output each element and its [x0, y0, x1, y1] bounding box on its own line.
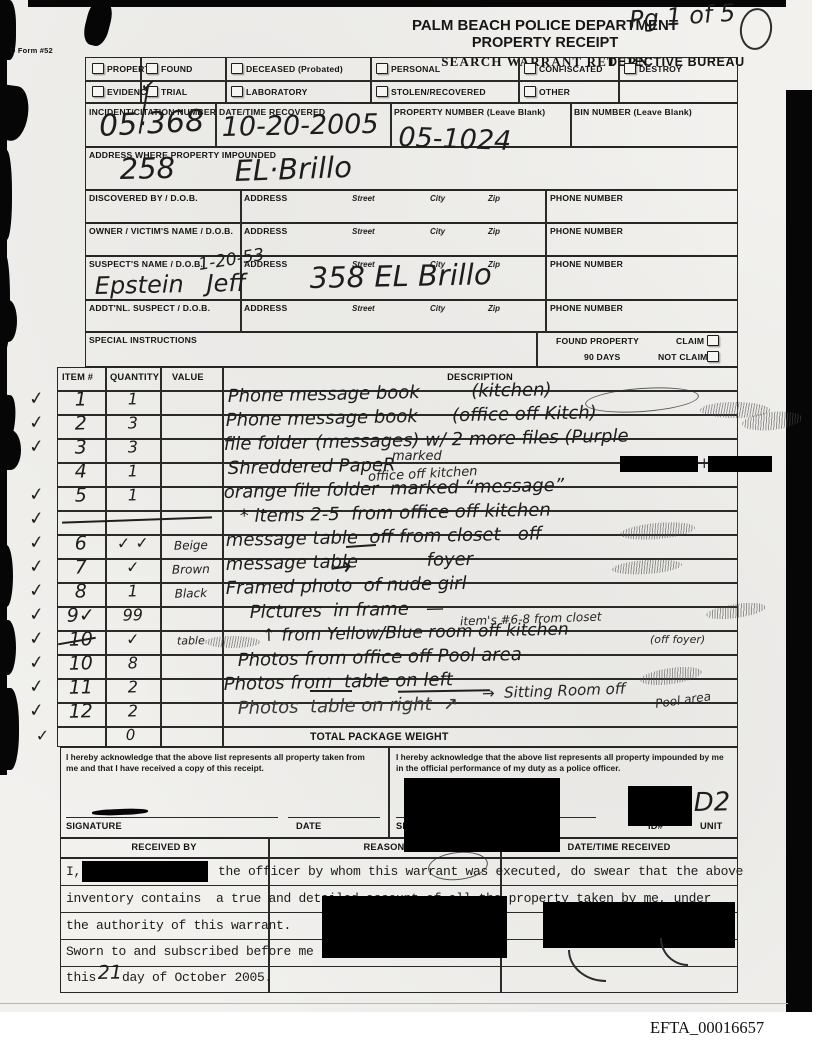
affidavit-line4: Sworn to and subscribed before me	[66, 944, 314, 959]
scan-bottom-edge	[0, 1003, 788, 1004]
table-line	[370, 57, 372, 103]
street-label: Street	[352, 194, 375, 203]
zip-label: Zip	[488, 304, 500, 313]
item-description: Pictures in frame —	[250, 600, 445, 622]
item-number: 2	[57, 414, 105, 434]
bin-number-label: BIN NUMBER (Leave Blank)	[574, 107, 692, 117]
affidavit-line5-prefix: this	[66, 970, 96, 985]
suspect-address-value: 358 EL Brillo	[309, 260, 492, 293]
row-checkmark: ✓	[28, 678, 45, 697]
checkbox-other[interactable]	[524, 86, 536, 97]
redaction-box	[620, 456, 698, 472]
form-number: D Form #52	[10, 46, 53, 55]
item-description: * items 2-5 from office off kitchen	[240, 501, 551, 526]
item-value-color: Beige	[160, 539, 222, 552]
item-description: message table foyer	[226, 551, 474, 574]
item-quantity: 1	[106, 487, 160, 504]
item-note-marked: marked	[392, 450, 442, 463]
additional-suspect-label: ADDT'NL. SUSPECT / D.O.B.	[89, 303, 210, 313]
redaction-box-signature	[404, 778, 560, 852]
item-number: 12	[57, 702, 105, 722]
redaction-box-large	[322, 896, 507, 958]
date-recovered-value: 10-20-2005	[221, 111, 378, 141]
row-checkmark: ✓	[28, 702, 45, 721]
checkbox-deceased[interactable]	[231, 63, 243, 74]
phone-label: PHONE NUMBER	[550, 193, 623, 203]
items-header-quantity: QUANTITY	[110, 372, 159, 382]
item-number: 6	[57, 534, 105, 554]
street-label: Street	[352, 227, 375, 236]
impound-address-number: 258	[119, 154, 175, 184]
item-number: 3	[57, 438, 105, 458]
item-description: Photos table on right ↗	[238, 695, 459, 718]
items-header-item: ITEM #	[62, 372, 93, 382]
item-quantity: 3	[106, 439, 160, 456]
checkbox-claim[interactable]	[707, 335, 719, 346]
owner-victim-label: OWNER / VICTIM'S NAME / D.O.B.	[89, 226, 233, 236]
item-description: Phone message book (office off Kitch)	[226, 404, 597, 430]
checkbox-personal[interactable]	[376, 63, 388, 74]
redaction-box-large	[543, 902, 735, 948]
document-title: PROPERTY RECEIPT	[320, 35, 770, 51]
checkbox-not-claim[interactable]	[707, 351, 719, 362]
zip-label: Zip	[488, 194, 500, 203]
items-header-value: VALUE	[172, 372, 204, 382]
row-checkmark: ✓	[28, 534, 45, 553]
row-checkmark: ✓	[28, 606, 45, 625]
signature-line[interactable]	[66, 817, 278, 818]
affidavit-day-handwritten: 21	[98, 963, 123, 983]
row-checkmark: ✓	[28, 582, 45, 601]
table-line	[60, 966, 738, 967]
checkbox-label-trial: TRIAL	[161, 87, 187, 97]
row-checkmark: ✓	[28, 414, 45, 433]
table-line	[618, 57, 620, 103]
pen-scribble	[205, 636, 260, 648]
item-description: Photos from office off Pool area	[238, 646, 522, 670]
ninety-days-label: 90 DAYS	[584, 352, 620, 362]
row-checkmark: ✓	[28, 438, 45, 457]
incident-number-value: 05·368	[98, 107, 204, 142]
row-checkmark: ✓	[28, 486, 45, 505]
property-number-value: 05-1024	[398, 124, 512, 155]
item-number: 1	[57, 390, 105, 410]
item-number: 5	[57, 486, 105, 506]
item-quantity: ✓	[106, 631, 160, 648]
checkbox-evidence[interactable]	[92, 86, 104, 97]
item-quantity: 2	[106, 703, 160, 720]
checkbox-label-laboratory: LABORATORY	[246, 87, 308, 97]
item-description: Phone message book (kitchen)	[228, 381, 552, 406]
redaction-box	[708, 456, 772, 472]
total-quantity: 0	[126, 728, 136, 743]
street-label: Street	[352, 304, 375, 313]
not-claim-label: NOT CLAIM	[658, 352, 708, 362]
address-label: ADDRESS	[244, 303, 287, 313]
item-number: 4	[57, 462, 105, 482]
item-number: 8	[57, 582, 105, 602]
item-quantity: 1	[106, 463, 160, 480]
phone-label: PHONE NUMBER	[550, 259, 623, 269]
checkbox-label-other: OTHER	[539, 87, 570, 97]
signature-label: SIGNATURE	[66, 821, 122, 831]
suspect-name-value: Epstein Jeff	[94, 271, 245, 298]
row-checkmark: ✓	[28, 654, 45, 673]
checkbox-label-stolen-recovered: STOLEN/RECOVERED	[391, 87, 486, 97]
suspect-label: SUSPECT'S NAME / D.O.B.	[89, 259, 203, 269]
torn-edge-blob	[0, 150, 12, 240]
item-note: (off foyer)	[650, 634, 705, 645]
checkbox-laboratory[interactable]	[231, 86, 243, 97]
item-description: message table off from closet off	[226, 525, 542, 550]
torn-edge-blob	[0, 300, 17, 342]
page-note-handwritten: Pg 1 of 5	[628, 1, 736, 32]
item-value-color: Brown	[160, 563, 222, 576]
redaction-box-name	[82, 861, 208, 882]
affidavit-line5-suffix: day of October 2005.	[122, 970, 272, 985]
date-line[interactable]	[288, 817, 380, 818]
table-line	[85, 80, 738, 82]
item-row-12: ✓ 12 2 Photos table on right ↗	[0, 702, 816, 726]
row-checkmark: ✓	[28, 630, 45, 649]
table-line	[570, 103, 572, 147]
row-checkmark: ✓	[28, 558, 45, 577]
claim-label: CLAIM	[676, 336, 704, 346]
item-value-color: Black	[160, 587, 222, 600]
unit-value: D2	[693, 789, 730, 816]
bates-number: EFTA_00016657	[650, 1018, 764, 1038]
table-line	[225, 57, 227, 103]
acknowledgment-right-text: I hereby acknowledge that the above list…	[396, 752, 726, 774]
affidavit-line3: the authority of this warrant.	[66, 918, 291, 933]
phone-label: PHONE NUMBER	[550, 226, 623, 236]
address-label: ADDRESS	[244, 226, 287, 236]
table-line	[518, 57, 520, 103]
table-line	[536, 332, 538, 367]
zip-label: Zip	[488, 227, 500, 236]
impound-address-street: EL·Brillo	[234, 153, 352, 186]
item-quantity: 1	[106, 391, 160, 408]
city-label: City	[430, 194, 445, 203]
checkbox-label-personal: PERSONAL	[391, 64, 440, 74]
discovered-by-label: DISCOVERED BY / D.O.B.	[89, 193, 198, 203]
total-package-weight-label: TOTAL PACKAGE WEIGHT	[310, 731, 449, 743]
acknowledgment-left-text: I hereby acknowledge that the above list…	[66, 752, 366, 774]
scanned-property-receipt-page: D Form #52 PALM BEACH POLICE DEPARTMENT …	[0, 0, 816, 1056]
checkbox-confiscated[interactable]	[524, 63, 536, 74]
found-property-label: FOUND PROPERTY	[556, 336, 639, 346]
item-number: 7	[57, 558, 105, 578]
city-label: City	[430, 227, 445, 236]
table-line	[390, 103, 392, 147]
table-line	[545, 190, 547, 332]
item-description: Framed photo of nude girl	[226, 575, 467, 598]
row-checkmark: ✓	[28, 390, 45, 409]
table-line	[388, 747, 390, 838]
phone-label: PHONE NUMBER	[550, 303, 623, 313]
checkbox-destroy[interactable]	[624, 63, 636, 74]
item-description: ↑ from Yellow/Blue room off kitchen	[262, 622, 569, 645]
table-line	[60, 885, 738, 886]
item-quantity: 99	[106, 607, 160, 624]
date-label: DATE	[296, 821, 321, 831]
affidavit-line1-prefix: I,	[66, 864, 81, 879]
item-quantity: 8	[106, 655, 160, 672]
redaction-box-id	[628, 786, 692, 826]
checkbox-label-destroy: DESTROY	[639, 64, 682, 74]
item-quantity: ✓	[106, 559, 160, 576]
checkbox-label-deceased: DECEASED (Probated)	[246, 64, 343, 74]
special-instructions-label: SPECIAL INSTRUCTIONS	[89, 335, 197, 345]
checkbox-label-found: FOUND	[161, 64, 193, 74]
item-quantity: 3	[106, 415, 160, 432]
row-checkmark: ✓	[28, 510, 45, 529]
item-number: 11	[57, 678, 105, 698]
checkbox-property[interactable]	[92, 63, 104, 74]
checkbox-stolen-recovered[interactable]	[376, 86, 388, 97]
item-quantity: ✓ ✓	[106, 535, 160, 552]
checkbox-label-confiscated: CONFISCATED	[539, 64, 603, 74]
address-label: ADDRESS	[244, 259, 287, 269]
unit-label: UNIT	[700, 821, 723, 831]
item-description: orange file folder marked “message”	[224, 477, 565, 502]
item-number: 10	[57, 654, 105, 674]
item-number: 9✓	[57, 606, 105, 626]
strike-mark	[310, 690, 352, 692]
item-quantity: 2	[106, 679, 160, 696]
city-label: City	[430, 304, 445, 313]
row-checkmark: ✓	[36, 728, 50, 744]
received-by-label: RECEIVED BY	[60, 842, 268, 852]
address-label: ADDRESS	[244, 193, 287, 203]
item-quantity: 1	[106, 583, 160, 600]
property-number-label: PROPERTY NUMBER (Leave Blank)	[394, 107, 545, 117]
